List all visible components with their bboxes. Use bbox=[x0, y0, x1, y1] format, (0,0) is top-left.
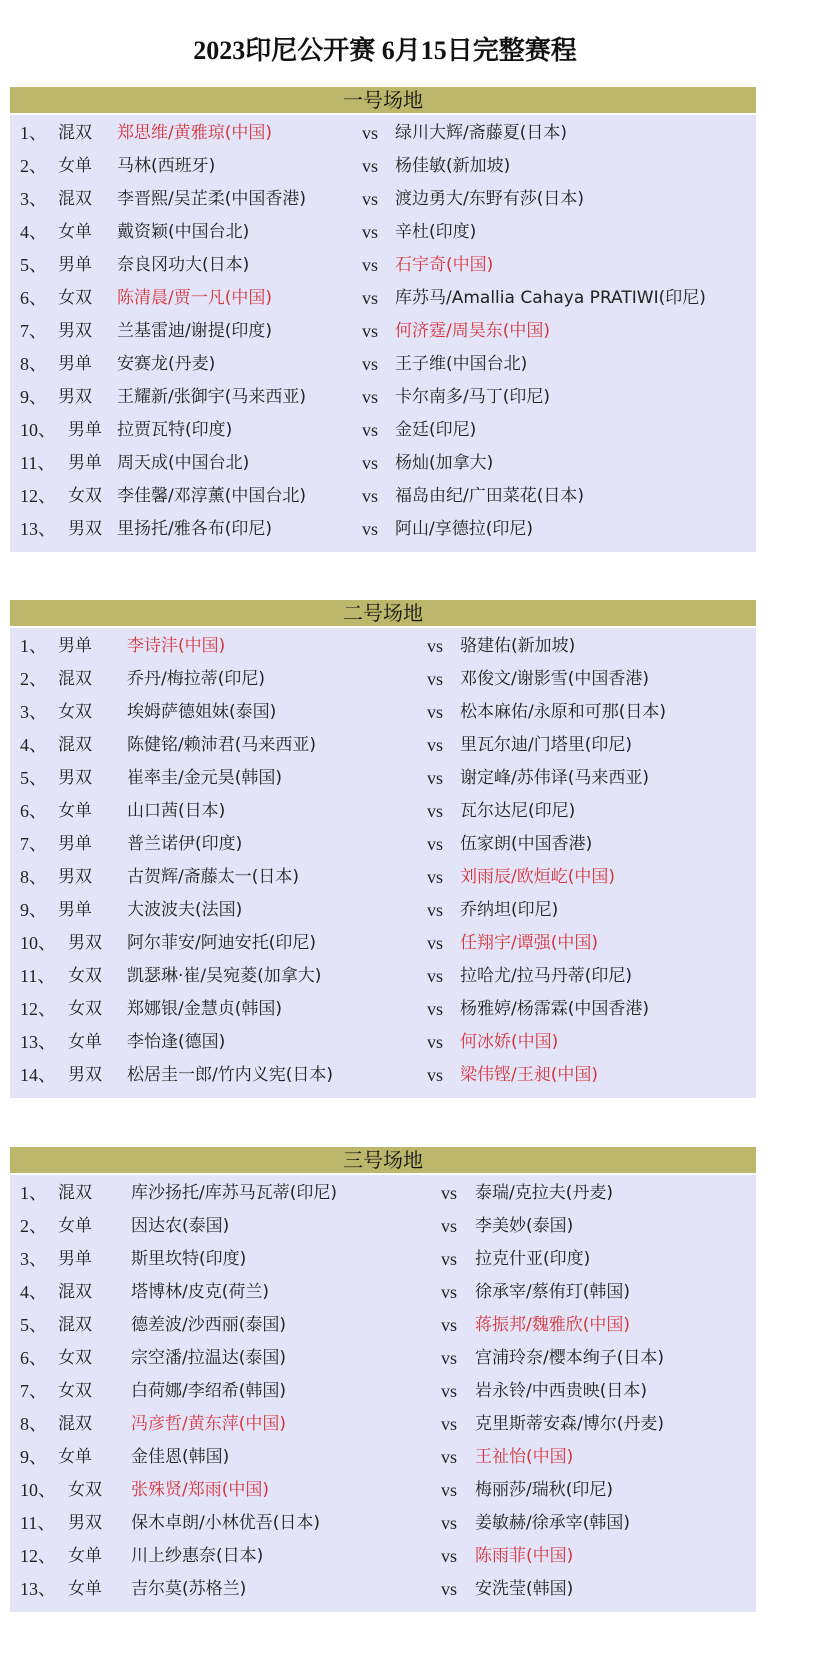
vs-label: vs bbox=[441, 1177, 457, 1210]
player-b: 拉克什亚(印度) bbox=[475, 1243, 590, 1276]
vs-label: vs bbox=[427, 927, 443, 960]
vs-label: vs bbox=[441, 1309, 457, 1342]
vs-label: vs bbox=[427, 894, 443, 927]
match-row: 11、女双凯瑟琳·崔/吴宛菱(加拿大)vs拉哈尤/拉马丹蒂(印尼) bbox=[10, 960, 756, 993]
vs-label: vs bbox=[362, 117, 378, 150]
event-type: 女单 bbox=[58, 150, 92, 183]
vs-label: vs bbox=[427, 993, 443, 1026]
player-b: 瓦尔达尼(印尼) bbox=[460, 795, 575, 828]
match-number: 1、 bbox=[20, 117, 47, 150]
match-number: 9、 bbox=[20, 1441, 47, 1474]
vs-label: vs bbox=[441, 1573, 457, 1606]
player-a: 埃姆萨德姐妹(泰国) bbox=[127, 696, 276, 729]
event-type: 混双 bbox=[58, 1408, 92, 1441]
player-b: 福岛由纪/广田菜花(日本) bbox=[395, 480, 584, 513]
player-b: 库苏马/Amallia Cahaya PRATIWI(印尼) bbox=[395, 282, 706, 315]
player-a: 古贺辉/斋藤太一(日本) bbox=[127, 861, 299, 894]
vs-label: vs bbox=[441, 1474, 457, 1507]
match-row: 11、男双保木卓朗/小林优吾(日本)vs姜敏赫/徐承宰(韩国) bbox=[10, 1507, 756, 1540]
player-b: 乔纳坦(印尼) bbox=[460, 894, 558, 927]
event-type: 男双 bbox=[58, 861, 92, 894]
event-type: 女单 bbox=[58, 1441, 92, 1474]
player-b: 梁伟铿/王昶(中国) bbox=[460, 1059, 598, 1092]
player-b: 松本麻佑/永原和可那(日本) bbox=[460, 696, 666, 729]
match-row: 9、男单大波波夫(法国)vs乔纳坦(印尼) bbox=[10, 894, 756, 927]
match-row: 4、女单戴资颖(中国台北)vs辛杜(印度) bbox=[10, 216, 756, 249]
match-row: 6、女双陈清晨/贾一凡(中国)vs库苏马/Amallia Cahaya PRAT… bbox=[10, 282, 756, 315]
match-number: 1、 bbox=[20, 1177, 47, 1210]
player-b: 何冰娇(中国) bbox=[460, 1026, 558, 1059]
match-number: 11、 bbox=[20, 447, 55, 480]
event-type: 女单 bbox=[68, 1026, 102, 1059]
player-a: 因达农(泰国) bbox=[131, 1210, 229, 1243]
match-number: 4、 bbox=[20, 1276, 47, 1309]
match-number: 13、 bbox=[20, 1573, 56, 1606]
match-row: 6、女单山口茜(日本)vs瓦尔达尼(印尼) bbox=[10, 795, 756, 828]
match-row: 4、混双陈健铭/赖沛君(马来西亚)vs里瓦尔迪/门塔里(印尼) bbox=[10, 729, 756, 762]
player-a: 保木卓朗/小林优吾(日本) bbox=[131, 1507, 320, 1540]
player-a: 冯彦哲/黄东萍(中国) bbox=[131, 1408, 286, 1441]
match-row: 2、女单因达农(泰国)vs李美妙(泰国) bbox=[10, 1210, 756, 1243]
vs-label: vs bbox=[362, 348, 378, 381]
match-row: 5、男双崔率圭/金元昊(韩国)vs谢定峰/苏伟译(马来西亚) bbox=[10, 762, 756, 795]
player-b: 谢定峰/苏伟译(马来西亚) bbox=[460, 762, 649, 795]
player-b: 克里斯蒂安森/博尔(丹麦) bbox=[475, 1408, 664, 1441]
player-b: 辛杜(印度) bbox=[395, 216, 476, 249]
match-number: 3、 bbox=[20, 183, 47, 216]
player-a: 大波波夫(法国) bbox=[127, 894, 242, 927]
match-number: 5、 bbox=[20, 249, 47, 282]
match-row: 12、女双郑娜银/金慧贞(韩国)vs杨雅婷/杨霈霖(中国香港) bbox=[10, 993, 756, 1026]
court-3-header: 三号场地 bbox=[10, 1147, 756, 1173]
match-row: 7、男单普兰诺伊(印度)vs伍家朗(中国香港) bbox=[10, 828, 756, 861]
vs-label: vs bbox=[441, 1408, 457, 1441]
player-b: 石宇奇(中国) bbox=[395, 249, 493, 282]
player-b: 绿川大辉/斋藤夏(日本) bbox=[395, 117, 567, 150]
vs-label: vs bbox=[441, 1441, 457, 1474]
player-a: 阿尔菲安/阿迪安托(印尼) bbox=[127, 927, 316, 960]
match-number: 3、 bbox=[20, 696, 47, 729]
vs-label: vs bbox=[362, 249, 378, 282]
event-type: 女单 bbox=[68, 1540, 102, 1573]
match-row: 1、混双库沙扬托/库苏马瓦蒂(印尼)vs泰瑞/克拉夫(丹麦) bbox=[10, 1177, 756, 1210]
event-type: 女单 bbox=[68, 1573, 102, 1606]
court-3-match-list: 1、混双库沙扬托/库苏马瓦蒂(印尼)vs泰瑞/克拉夫(丹麦)2、女单因达农(泰国… bbox=[10, 1175, 756, 1612]
match-row: 5、混双德差波/沙西丽(泰国)vs蒋振邦/魏雅欣(中国) bbox=[10, 1309, 756, 1342]
event-type: 男双 bbox=[58, 315, 92, 348]
match-row: 9、男双王耀新/张御宇(马来西亚)vs卡尔南多/马丁(印尼) bbox=[10, 381, 756, 414]
vs-label: vs bbox=[441, 1243, 457, 1276]
player-a: 李诗沣(中国) bbox=[127, 630, 225, 663]
vs-label: vs bbox=[362, 414, 378, 447]
player-a: 白荷娜/李绍希(韩国) bbox=[131, 1375, 286, 1408]
match-number: 5、 bbox=[20, 762, 47, 795]
player-b: 安洗莹(韩国) bbox=[475, 1573, 573, 1606]
player-b: 何济霆/周昊东(中国) bbox=[395, 315, 550, 348]
match-number: 2、 bbox=[20, 663, 47, 696]
vs-label: vs bbox=[427, 1059, 443, 1092]
player-b: 杨雅婷/杨霈霖(中国香港) bbox=[460, 993, 649, 1026]
player-b: 阿山/享德拉(印尼) bbox=[395, 513, 533, 546]
match-row: 8、混双冯彦哲/黄东萍(中国)vs克里斯蒂安森/博尔(丹麦) bbox=[10, 1408, 756, 1441]
match-row: 10、男单拉贾瓦特(印度)vs金廷(印尼) bbox=[10, 414, 756, 447]
event-type: 男双 bbox=[58, 762, 92, 795]
event-type: 女双 bbox=[68, 993, 102, 1026]
match-number: 8、 bbox=[20, 348, 47, 381]
vs-label: vs bbox=[441, 1507, 457, 1540]
event-type: 男单 bbox=[58, 1243, 92, 1276]
vs-label: vs bbox=[362, 216, 378, 249]
player-a: 川上纱惠奈(日本) bbox=[131, 1540, 263, 1573]
match-number: 12、 bbox=[20, 1540, 56, 1573]
player-a: 陈清晨/贾一凡(中国) bbox=[117, 282, 272, 315]
match-number: 5、 bbox=[20, 1309, 47, 1342]
event-type: 男双 bbox=[58, 381, 92, 414]
player-a: 李佳馨/邓淳薰(中国台北) bbox=[117, 480, 306, 513]
vs-label: vs bbox=[362, 282, 378, 315]
player-a: 安赛龙(丹麦) bbox=[117, 348, 215, 381]
match-number: 12、 bbox=[20, 993, 56, 1026]
court-2-header: 二号场地 bbox=[10, 600, 756, 626]
match-row: 13、女单吉尔莫(苏格兰)vs安洗莹(韩国) bbox=[10, 1573, 756, 1606]
event-type: 男单 bbox=[58, 249, 92, 282]
match-number: 4、 bbox=[20, 729, 47, 762]
match-row: 3、混双李晋熙/吴芷柔(中国香港)vs渡边勇大/东野有莎(日本) bbox=[10, 183, 756, 216]
match-number: 1、 bbox=[20, 630, 47, 663]
match-number: 2、 bbox=[20, 150, 47, 183]
event-type: 男单 bbox=[68, 414, 102, 447]
match-row: 5、男单奈良冈功大(日本)vs石宇奇(中国) bbox=[10, 249, 756, 282]
event-type: 女双 bbox=[68, 480, 102, 513]
match-number: 8、 bbox=[20, 861, 47, 894]
match-number: 6、 bbox=[20, 1342, 47, 1375]
event-type: 女单 bbox=[58, 795, 92, 828]
court-1-match-list: 1、混双郑思维/黄雅琼(中国)vs绿川大辉/斋藤夏(日本)2、女单马林(西班牙)… bbox=[10, 115, 756, 552]
player-a: 山口茜(日本) bbox=[127, 795, 225, 828]
vs-label: vs bbox=[362, 447, 378, 480]
event-type: 女单 bbox=[58, 1210, 92, 1243]
event-type: 混双 bbox=[58, 183, 92, 216]
player-b: 陈雨菲(中国) bbox=[475, 1540, 573, 1573]
match-row: 3、男单斯里坎特(印度)vs拉克什亚(印度) bbox=[10, 1243, 756, 1276]
player-b: 岩永铃/中西贵映(日本) bbox=[475, 1375, 647, 1408]
match-number: 14、 bbox=[20, 1059, 56, 1092]
match-number: 10、 bbox=[20, 414, 56, 447]
vs-label: vs bbox=[362, 381, 378, 414]
player-a: 里扬托/雅各布(印尼) bbox=[117, 513, 272, 546]
player-b: 金廷(印尼) bbox=[395, 414, 476, 447]
vs-label: vs bbox=[362, 480, 378, 513]
match-row: 11、男单周天成(中国台北)vs杨灿(加拿大) bbox=[10, 447, 756, 480]
player-b: 拉哈尤/拉马丹蒂(印尼) bbox=[460, 960, 632, 993]
match-number: 6、 bbox=[20, 282, 47, 315]
event-type: 女双 bbox=[58, 282, 92, 315]
match-row: 13、男双里扬托/雅各布(印尼)vs阿山/享德拉(印尼) bbox=[10, 513, 756, 546]
court-2-match-list: 1、男单李诗沣(中国)vs骆建佑(新加坡)2、混双乔丹/梅拉蒂(印尼)vs邓俊文… bbox=[10, 628, 756, 1098]
player-a: 周天成(中国台北) bbox=[117, 447, 249, 480]
player-a: 崔率圭/金元昊(韩国) bbox=[127, 762, 282, 795]
match-number: 11、 bbox=[20, 1507, 55, 1540]
event-type: 女单 bbox=[58, 216, 92, 249]
match-row: 2、女单马林(西班牙)vs杨佳敏(新加坡) bbox=[10, 150, 756, 183]
player-b: 宫浦玲奈/樱本绚子(日本) bbox=[475, 1342, 664, 1375]
match-row: 14、男双松居圭一郎/竹内义宪(日本)vs梁伟铿/王昶(中国) bbox=[10, 1059, 756, 1092]
match-row: 6、女双宗空潘/拉温达(泰国)vs宫浦玲奈/樱本绚子(日本) bbox=[10, 1342, 756, 1375]
court-2-schedule: 二号场地 1、男单李诗沣(中国)vs骆建佑(新加坡)2、混双乔丹/梅拉蒂(印尼)… bbox=[10, 600, 756, 1098]
event-type: 男单 bbox=[58, 630, 92, 663]
player-b: 邓俊文/谢影雪(中国香港) bbox=[460, 663, 649, 696]
event-type: 女双 bbox=[58, 1342, 92, 1375]
match-number: 7、 bbox=[20, 315, 47, 348]
match-row: 13、女单李怡逢(德国)vs何冰娇(中国) bbox=[10, 1026, 756, 1059]
player-b: 王子维(中国台北) bbox=[395, 348, 527, 381]
player-a: 塔博林/皮克(荷兰) bbox=[131, 1276, 269, 1309]
match-row: 10、男双阿尔菲安/阿迪安托(印尼)vs任翔宇/谭强(中国) bbox=[10, 927, 756, 960]
player-a: 库沙扬托/库苏马瓦蒂(印尼) bbox=[131, 1177, 337, 1210]
event-type: 混双 bbox=[58, 117, 92, 150]
player-a: 普兰诺伊(印度) bbox=[127, 828, 242, 861]
match-number: 8、 bbox=[20, 1408, 47, 1441]
match-row: 7、女双白荷娜/李绍希(韩国)vs岩永铃/中西贵映(日本) bbox=[10, 1375, 756, 1408]
event-type: 男双 bbox=[68, 1059, 102, 1092]
player-b: 姜敏赫/徐承宰(韩国) bbox=[475, 1507, 630, 1540]
vs-label: vs bbox=[427, 663, 443, 696]
player-b: 里瓦尔迪/门塔里(印尼) bbox=[460, 729, 632, 762]
match-number: 6、 bbox=[20, 795, 47, 828]
match-row: 4、混双塔博林/皮克(荷兰)vs徐承宰/蔡侑玎(韩国) bbox=[10, 1276, 756, 1309]
event-type: 男双 bbox=[68, 927, 102, 960]
vs-label: vs bbox=[427, 795, 443, 828]
match-number: 7、 bbox=[20, 1375, 47, 1408]
player-a: 马林(西班牙) bbox=[117, 150, 215, 183]
match-row: 1、男单李诗沣(中国)vs骆建佑(新加坡) bbox=[10, 630, 756, 663]
player-a: 吉尔莫(苏格兰) bbox=[131, 1573, 246, 1606]
vs-label: vs bbox=[427, 1026, 443, 1059]
vs-label: vs bbox=[441, 1342, 457, 1375]
event-type: 女双 bbox=[68, 1474, 102, 1507]
player-b: 泰瑞/克拉夫(丹麦) bbox=[475, 1177, 613, 1210]
match-number: 7、 bbox=[20, 828, 47, 861]
event-type: 女双 bbox=[58, 1375, 92, 1408]
player-a: 王耀新/张御宇(马来西亚) bbox=[117, 381, 306, 414]
player-a: 李怡逢(德国) bbox=[127, 1026, 225, 1059]
vs-label: vs bbox=[427, 696, 443, 729]
event-type: 混双 bbox=[58, 729, 92, 762]
player-b: 伍家朗(中国香港) bbox=[460, 828, 592, 861]
vs-label: vs bbox=[362, 513, 378, 546]
match-number: 11、 bbox=[20, 960, 55, 993]
player-a: 张殊贤/郑雨(中国) bbox=[131, 1474, 269, 1507]
court-1-schedule: 一号场地 1、混双郑思维/黄雅琼(中国)vs绿川大辉/斋藤夏(日本)2、女单马林… bbox=[10, 87, 756, 552]
vs-label: vs bbox=[427, 762, 443, 795]
match-number: 13、 bbox=[20, 513, 56, 546]
player-b: 梅丽莎/瑞秋(印尼) bbox=[475, 1474, 613, 1507]
event-type: 混双 bbox=[58, 1177, 92, 1210]
event-type: 混双 bbox=[58, 663, 92, 696]
player-a: 拉贾瓦特(印度) bbox=[117, 414, 232, 447]
match-number: 9、 bbox=[20, 381, 47, 414]
player-a: 斯里坎特(印度) bbox=[131, 1243, 246, 1276]
vs-label: vs bbox=[441, 1276, 457, 1309]
match-number: 13、 bbox=[20, 1026, 56, 1059]
match-number: 2、 bbox=[20, 1210, 47, 1243]
match-row: 12、女单川上纱惠奈(日本)vs陈雨菲(中国) bbox=[10, 1540, 756, 1573]
event-type: 男单 bbox=[58, 348, 92, 381]
page-title: 2023印尼公开赛 6月15日完整赛程 bbox=[0, 30, 770, 67]
court-1-header: 一号场地 bbox=[10, 87, 756, 113]
player-a: 奈良冈功大(日本) bbox=[117, 249, 249, 282]
match-number: 10、 bbox=[20, 927, 56, 960]
player-a: 金佳恩(韩国) bbox=[131, 1441, 229, 1474]
match-row: 8、男单安赛龙(丹麦)vs王子维(中国台北) bbox=[10, 348, 756, 381]
player-a: 乔丹/梅拉蒂(印尼) bbox=[127, 663, 265, 696]
player-b: 蒋振邦/魏雅欣(中国) bbox=[475, 1309, 630, 1342]
vs-label: vs bbox=[427, 861, 443, 894]
vs-label: vs bbox=[362, 183, 378, 216]
vs-label: vs bbox=[362, 315, 378, 348]
event-type: 男单 bbox=[58, 828, 92, 861]
player-a: 凯瑟琳·崔/吴宛菱(加拿大) bbox=[127, 960, 321, 993]
player-a: 李晋熙/吴芷柔(中国香港) bbox=[117, 183, 306, 216]
match-number: 10、 bbox=[20, 1474, 56, 1507]
player-a: 德差波/沙西丽(泰国) bbox=[131, 1309, 286, 1342]
player-a: 郑娜银/金慧贞(韩国) bbox=[127, 993, 282, 1026]
player-b: 刘雨辰/欧烜屹(中国) bbox=[460, 861, 615, 894]
court-3-schedule: 三号场地 1、混双库沙扬托/库苏马瓦蒂(印尼)vs泰瑞/克拉夫(丹麦)2、女单因… bbox=[10, 1147, 756, 1612]
player-b: 渡边勇大/东野有莎(日本) bbox=[395, 183, 584, 216]
event-type: 混双 bbox=[58, 1309, 92, 1342]
player-b: 李美妙(泰国) bbox=[475, 1210, 573, 1243]
vs-label: vs bbox=[441, 1540, 457, 1573]
vs-label: vs bbox=[441, 1210, 457, 1243]
event-type: 女双 bbox=[68, 960, 102, 993]
event-type: 男单 bbox=[58, 894, 92, 927]
match-row: 10、女双张殊贤/郑雨(中国)vs梅丽莎/瑞秋(印尼) bbox=[10, 1474, 756, 1507]
vs-label: vs bbox=[427, 960, 443, 993]
event-type: 混双 bbox=[58, 1276, 92, 1309]
match-row: 3、女双埃姆萨德姐妹(泰国)vs松本麻佑/永原和可那(日本) bbox=[10, 696, 756, 729]
match-row: 2、混双乔丹/梅拉蒂(印尼)vs邓俊文/谢影雪(中国香港) bbox=[10, 663, 756, 696]
event-type: 男双 bbox=[68, 513, 102, 546]
match-row: 8、男双古贺辉/斋藤太一(日本)vs刘雨辰/欧烜屹(中国) bbox=[10, 861, 756, 894]
event-type: 男双 bbox=[68, 1507, 102, 1540]
player-a: 宗空潘/拉温达(泰国) bbox=[131, 1342, 286, 1375]
match-number: 3、 bbox=[20, 1243, 47, 1276]
player-a: 兰基雷迪/谢提(印度) bbox=[117, 315, 272, 348]
vs-label: vs bbox=[427, 729, 443, 762]
player-b: 卡尔南多/马丁(印尼) bbox=[395, 381, 550, 414]
match-row: 7、男双兰基雷迪/谢提(印度)vs何济霆/周昊东(中国) bbox=[10, 315, 756, 348]
vs-label: vs bbox=[362, 150, 378, 183]
vs-label: vs bbox=[427, 630, 443, 663]
player-b: 王祉怡(中国) bbox=[475, 1441, 573, 1474]
player-a: 松居圭一郎/竹内义宪(日本) bbox=[127, 1059, 333, 1092]
player-a: 陈健铭/赖沛君(马来西亚) bbox=[127, 729, 316, 762]
match-number: 12、 bbox=[20, 480, 56, 513]
player-b: 任翔宇/谭强(中国) bbox=[460, 927, 598, 960]
player-a: 戴资颖(中国台北) bbox=[117, 216, 249, 249]
player-b: 骆建佑(新加坡) bbox=[460, 630, 575, 663]
match-row: 12、女双李佳馨/邓淳薰(中国台北)vs福岛由纪/广田菜花(日本) bbox=[10, 480, 756, 513]
event-type: 女双 bbox=[58, 696, 92, 729]
player-b: 杨佳敏(新加坡) bbox=[395, 150, 510, 183]
vs-label: vs bbox=[441, 1375, 457, 1408]
player-b: 杨灿(加拿大) bbox=[395, 447, 493, 480]
match-row: 9、女单金佳恩(韩国)vs王祉怡(中国) bbox=[10, 1441, 756, 1474]
vs-label: vs bbox=[427, 828, 443, 861]
player-a: 郑思维/黄雅琼(中国) bbox=[117, 117, 272, 150]
event-type: 男单 bbox=[68, 447, 102, 480]
player-b: 徐承宰/蔡侑玎(韩国) bbox=[475, 1276, 630, 1309]
match-number: 4、 bbox=[20, 216, 47, 249]
match-row: 1、混双郑思维/黄雅琼(中国)vs绿川大辉/斋藤夏(日本) bbox=[10, 117, 756, 150]
match-number: 9、 bbox=[20, 894, 47, 927]
